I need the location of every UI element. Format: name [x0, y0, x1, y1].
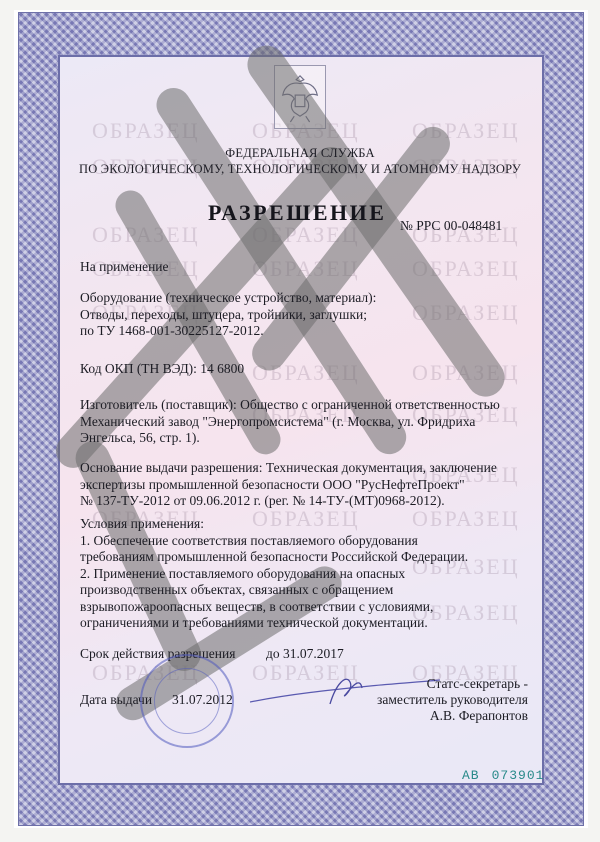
serial-number: 073901	[492, 768, 545, 783]
signatory-title-line2: заместитель руководителя	[377, 692, 528, 708]
coat-of-arms-icon	[274, 65, 326, 129]
document-title: РАЗРЕШЕНИЕ	[208, 200, 386, 226]
permit-number: № РРС 00-048481	[400, 218, 502, 234]
signatory-title-line1: Статс-секретарь -	[427, 676, 528, 692]
purpose-text: На применение	[80, 259, 169, 276]
agency-name-line1: ФЕДЕРАЛЬНАЯ СЛУЖБА	[0, 146, 600, 161]
validity-value: до 31.07.2017	[266, 646, 344, 663]
equipment-text: Оборудование (техническое устройство, ма…	[80, 290, 376, 340]
agency-name-line2: ПО ЭКОЛОГИЧЕСКОМУ, ТЕХНОЛОГИЧЕСКОМУ И АТ…	[0, 162, 600, 177]
okp-code-text: Код ОКП (ТН ВЭД): 14 6800	[80, 361, 244, 378]
validity-label: Срок действия разрешения	[80, 646, 235, 663]
signatory-name: А.В. Ферапонтов	[430, 708, 528, 724]
form-serial: АВ073901	[462, 768, 544, 783]
serial-series: АВ	[462, 768, 480, 783]
conditions-text: Условия применения: 1. Обеспечение соотв…	[80, 516, 468, 632]
manufacturer-text: Изготовитель (поставщик): Общество с огр…	[80, 397, 500, 447]
basis-text: Основание выдачи разрешения: Техническая…	[80, 460, 497, 510]
official-seal-icon	[140, 654, 234, 748]
